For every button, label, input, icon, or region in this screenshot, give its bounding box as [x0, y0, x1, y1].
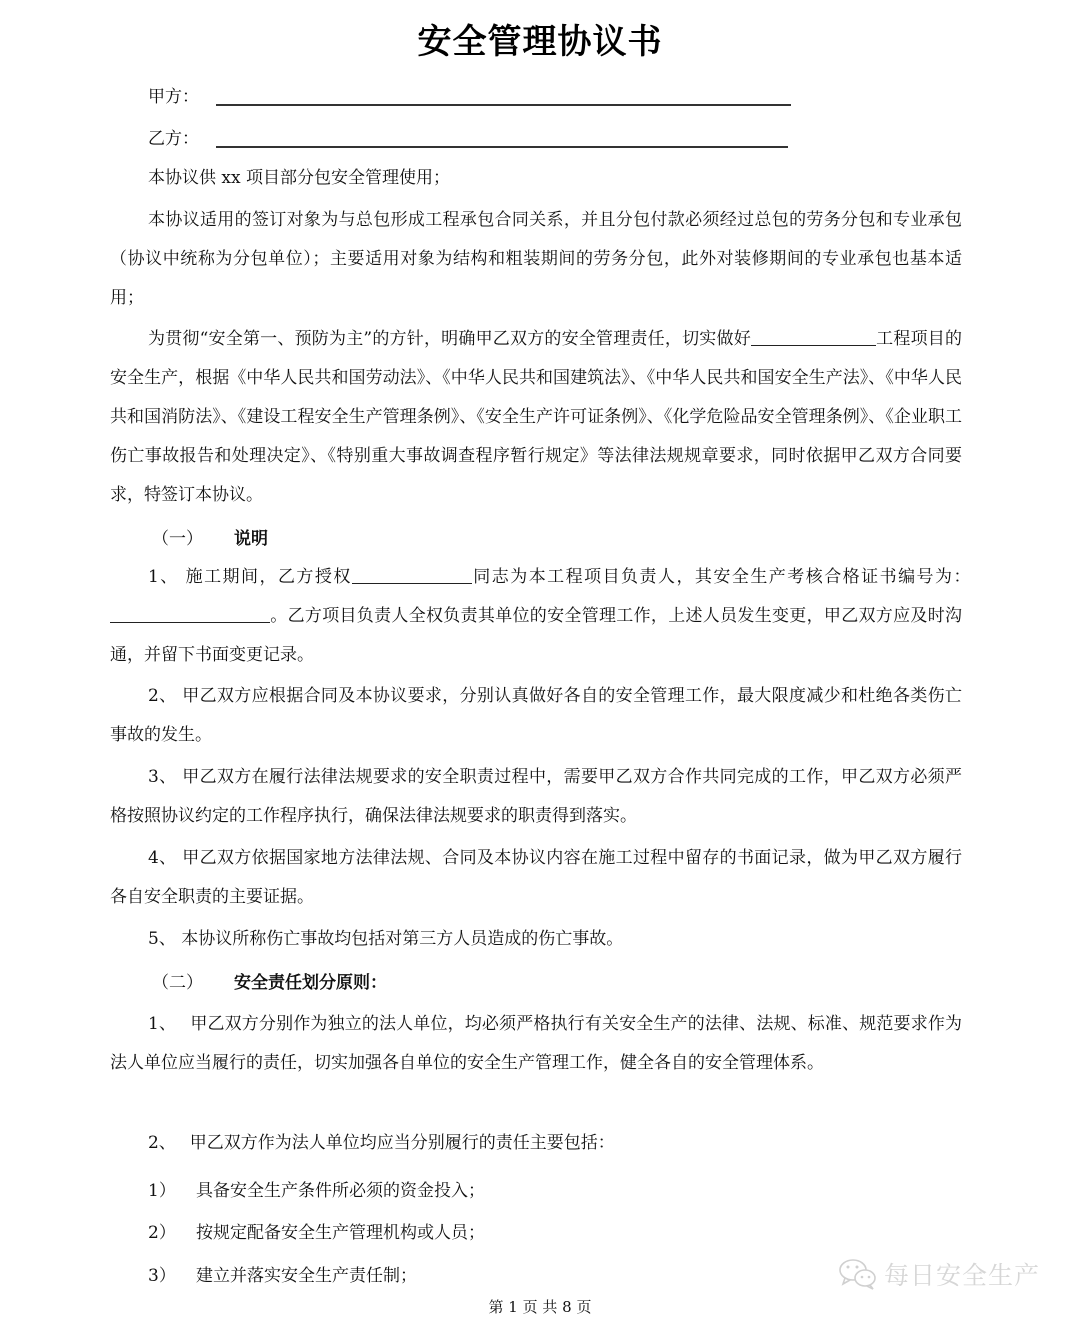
list-item-number: 2）: [148, 1218, 196, 1243]
list-item-text: 按规定配备安全生产管理机构或人员；: [196, 1223, 485, 1243]
section-2-heading: （二）安全责任划分原则：: [152, 968, 387, 993]
section-2-title: 安全责任划分原则：: [234, 973, 387, 993]
s1-item-2: 2、 甲乙双方应根据合同及本协议要求，分别认真做好各自的安全管理工作，最大限度减…: [110, 677, 962, 755]
certificate-number-blank: [110, 604, 270, 623]
watermark: 每日安全生产: [838, 1256, 1040, 1292]
page-footer: 第 1 页 共 8 页: [0, 1296, 1080, 1317]
section-1-heading: （一）说明: [152, 524, 268, 549]
s2-item-2: 2、 甲乙双方作为法人单位均应当分别履行的责任主要包括：: [110, 1124, 962, 1163]
s1-item-5: 5、 本协议所称伤亡事故均包括对第三方人员造成的伤亡事故。: [110, 920, 962, 959]
list-item-number: 1）: [148, 1176, 196, 1201]
s1-item-1-b: 同志为本工程项目负责人，其安全生产考核合格证书编号为：: [472, 567, 962, 587]
intro-paragraph-3: 为贯彻“安全第一、预防为主”的方针，明确甲乙双方的安全管理责任，切实做好工程项目…: [110, 320, 962, 515]
party-a-row: 甲方：: [148, 82, 216, 107]
s1-item-1: 1、 施工期间，乙方授权同志为本工程项目负责人，其安全生产考核合格证书编号为： …: [110, 558, 962, 675]
s1-item-3: 3、 甲乙双方在履行法律法规要求的安全职责过程中，需要甲乙双方合作共同完成的工作…: [110, 758, 962, 836]
intro-paragraph-1: 本协议供 xx 项目部分包安全管理使用；: [110, 159, 962, 198]
intro-paragraph-2: 本协议适用的签订对象为与总包形成工程承包合同关系，并且分包付款必须经过总包的劳务…: [110, 201, 962, 318]
list-item: 3）建立并落实安全生产责任制；: [148, 1261, 417, 1286]
party-b-label: 乙方：: [148, 124, 216, 149]
intro-3-before: 为贯彻“安全第一、预防为主”的方针，明确甲乙双方的安全管理责任，切实做好: [148, 329, 751, 349]
watermark-text: 每日安全生产: [884, 1256, 1040, 1292]
s2-item-1: 1、 甲乙双方分别作为独立的法人单位，均必须严格执行有关安全生产的法律、法规、标…: [110, 1005, 962, 1083]
project-name-blank: [751, 327, 876, 346]
list-item-number: 3）: [148, 1261, 196, 1286]
project-leader-blank: [352, 565, 472, 584]
party-b-row: 乙方：: [148, 124, 216, 149]
party-b-blank: [216, 146, 788, 148]
list-item-text: 建立并落实安全生产责任制；: [196, 1266, 417, 1286]
list-item: 2）按规定配备安全生产管理机构或人员；: [148, 1218, 485, 1243]
list-item-text: 具备安全生产条件所必须的资金投入；: [196, 1181, 485, 1201]
document-title: 安全管理协议书: [0, 14, 1080, 63]
party-a-label: 甲方：: [148, 82, 216, 107]
s1-item-4: 4、 甲乙双方依据国家地方法律法规、合同及本协议内容在施工过程中留存的书面记录，…: [110, 839, 962, 917]
wechat-icon: [838, 1257, 878, 1291]
section-1-number: （一）: [152, 524, 234, 549]
party-a-blank: [216, 104, 791, 106]
s1-item-1-a: 1、 施工期间，乙方授权: [148, 567, 352, 587]
list-item: 1）具备安全生产条件所必须的资金投入；: [148, 1176, 485, 1201]
section-2-number: （二）: [152, 968, 234, 993]
intro-3-after: 工程项目的安全生产，根据《中华人民共和国劳动法》、《中华人民共和国建筑法》、《中…: [110, 329, 962, 505]
section-1-title: 说明: [234, 529, 268, 549]
